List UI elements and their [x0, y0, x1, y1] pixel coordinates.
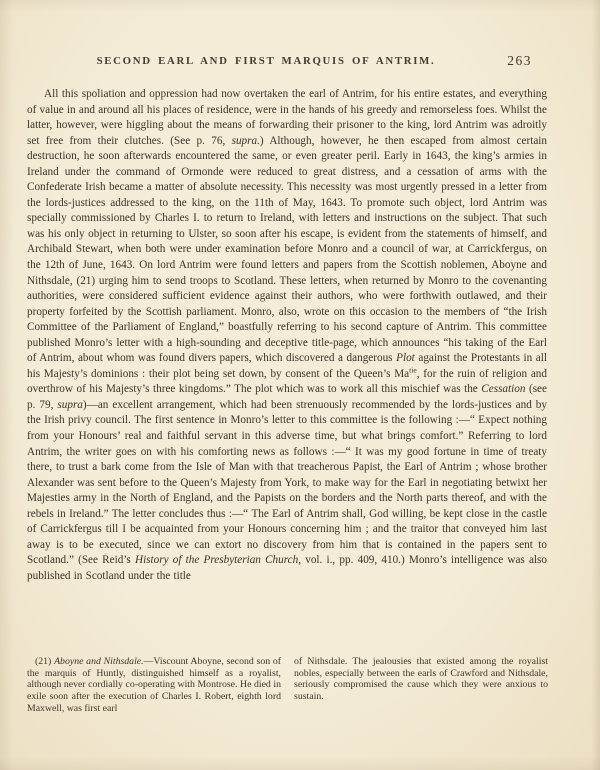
footnote: (21) Aboyne and Nithsdale.—Viscount Aboy…: [27, 656, 549, 715]
footnote-column-2: of Nithsdale. The jealousies that existe…: [294, 656, 548, 715]
footnote-column-1: (21) Aboyne and Nithsdale.—Viscount Aboy…: [27, 656, 281, 715]
body-paragraph: All this spoliation and oppression had n…: [27, 87, 547, 585]
book-page: SECOND EARL AND FIRST MARQUIS OF ANTRIM.…: [0, 0, 600, 770]
running-header: SECOND EARL AND FIRST MARQUIS OF ANTRIM.…: [27, 55, 547, 71]
page-title: SECOND EARL AND FIRST MARQUIS OF ANTRIM.: [27, 55, 505, 67]
page-number: 263: [507, 53, 532, 69]
